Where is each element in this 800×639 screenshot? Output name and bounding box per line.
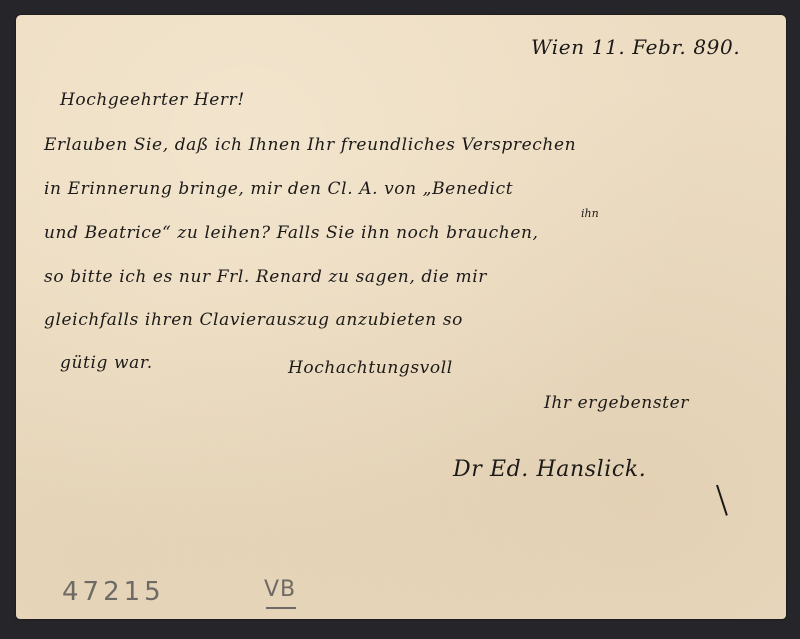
letter-card: Wien 11. Febr. 890. Hochgeehrter Herr! E… [16,15,786,619]
letter-closing: Hochachtungsvoll [288,358,453,378]
letter-body-line: gütig war. [60,353,153,373]
letter-body-line: Erlauben Sie, daß ich Ihnen Ihr freundli… [44,135,576,155]
letter-closing-valediction: Ihr ergebenster [544,393,689,413]
signature-flourish [716,485,728,516]
letter-date: Wien 11. Febr. 890. [531,35,740,59]
letter-body-line: in Erinnerung bringe, mir den Cl. A. von… [44,179,513,199]
interlinear-insert: ihn [581,207,599,220]
letter-body-line: so bitte ich es nur Frl. Renard zu sagen… [44,267,487,287]
letter-signature: Dr Ed. Hanslick. [453,457,646,482]
letter-salutation: Hochgeehrter Herr! [60,90,245,110]
pencil-mark: VB [264,577,296,602]
letter-body-line: und Beatrice“ zu leihen? Falls Sie ihn n… [44,223,539,243]
pencil-catalog-number: 47215 [62,577,165,607]
letter-body-line: gleichfalls ihren Clavierauszug anzubiet… [44,310,463,330]
pencil-mark-underline [266,607,296,609]
